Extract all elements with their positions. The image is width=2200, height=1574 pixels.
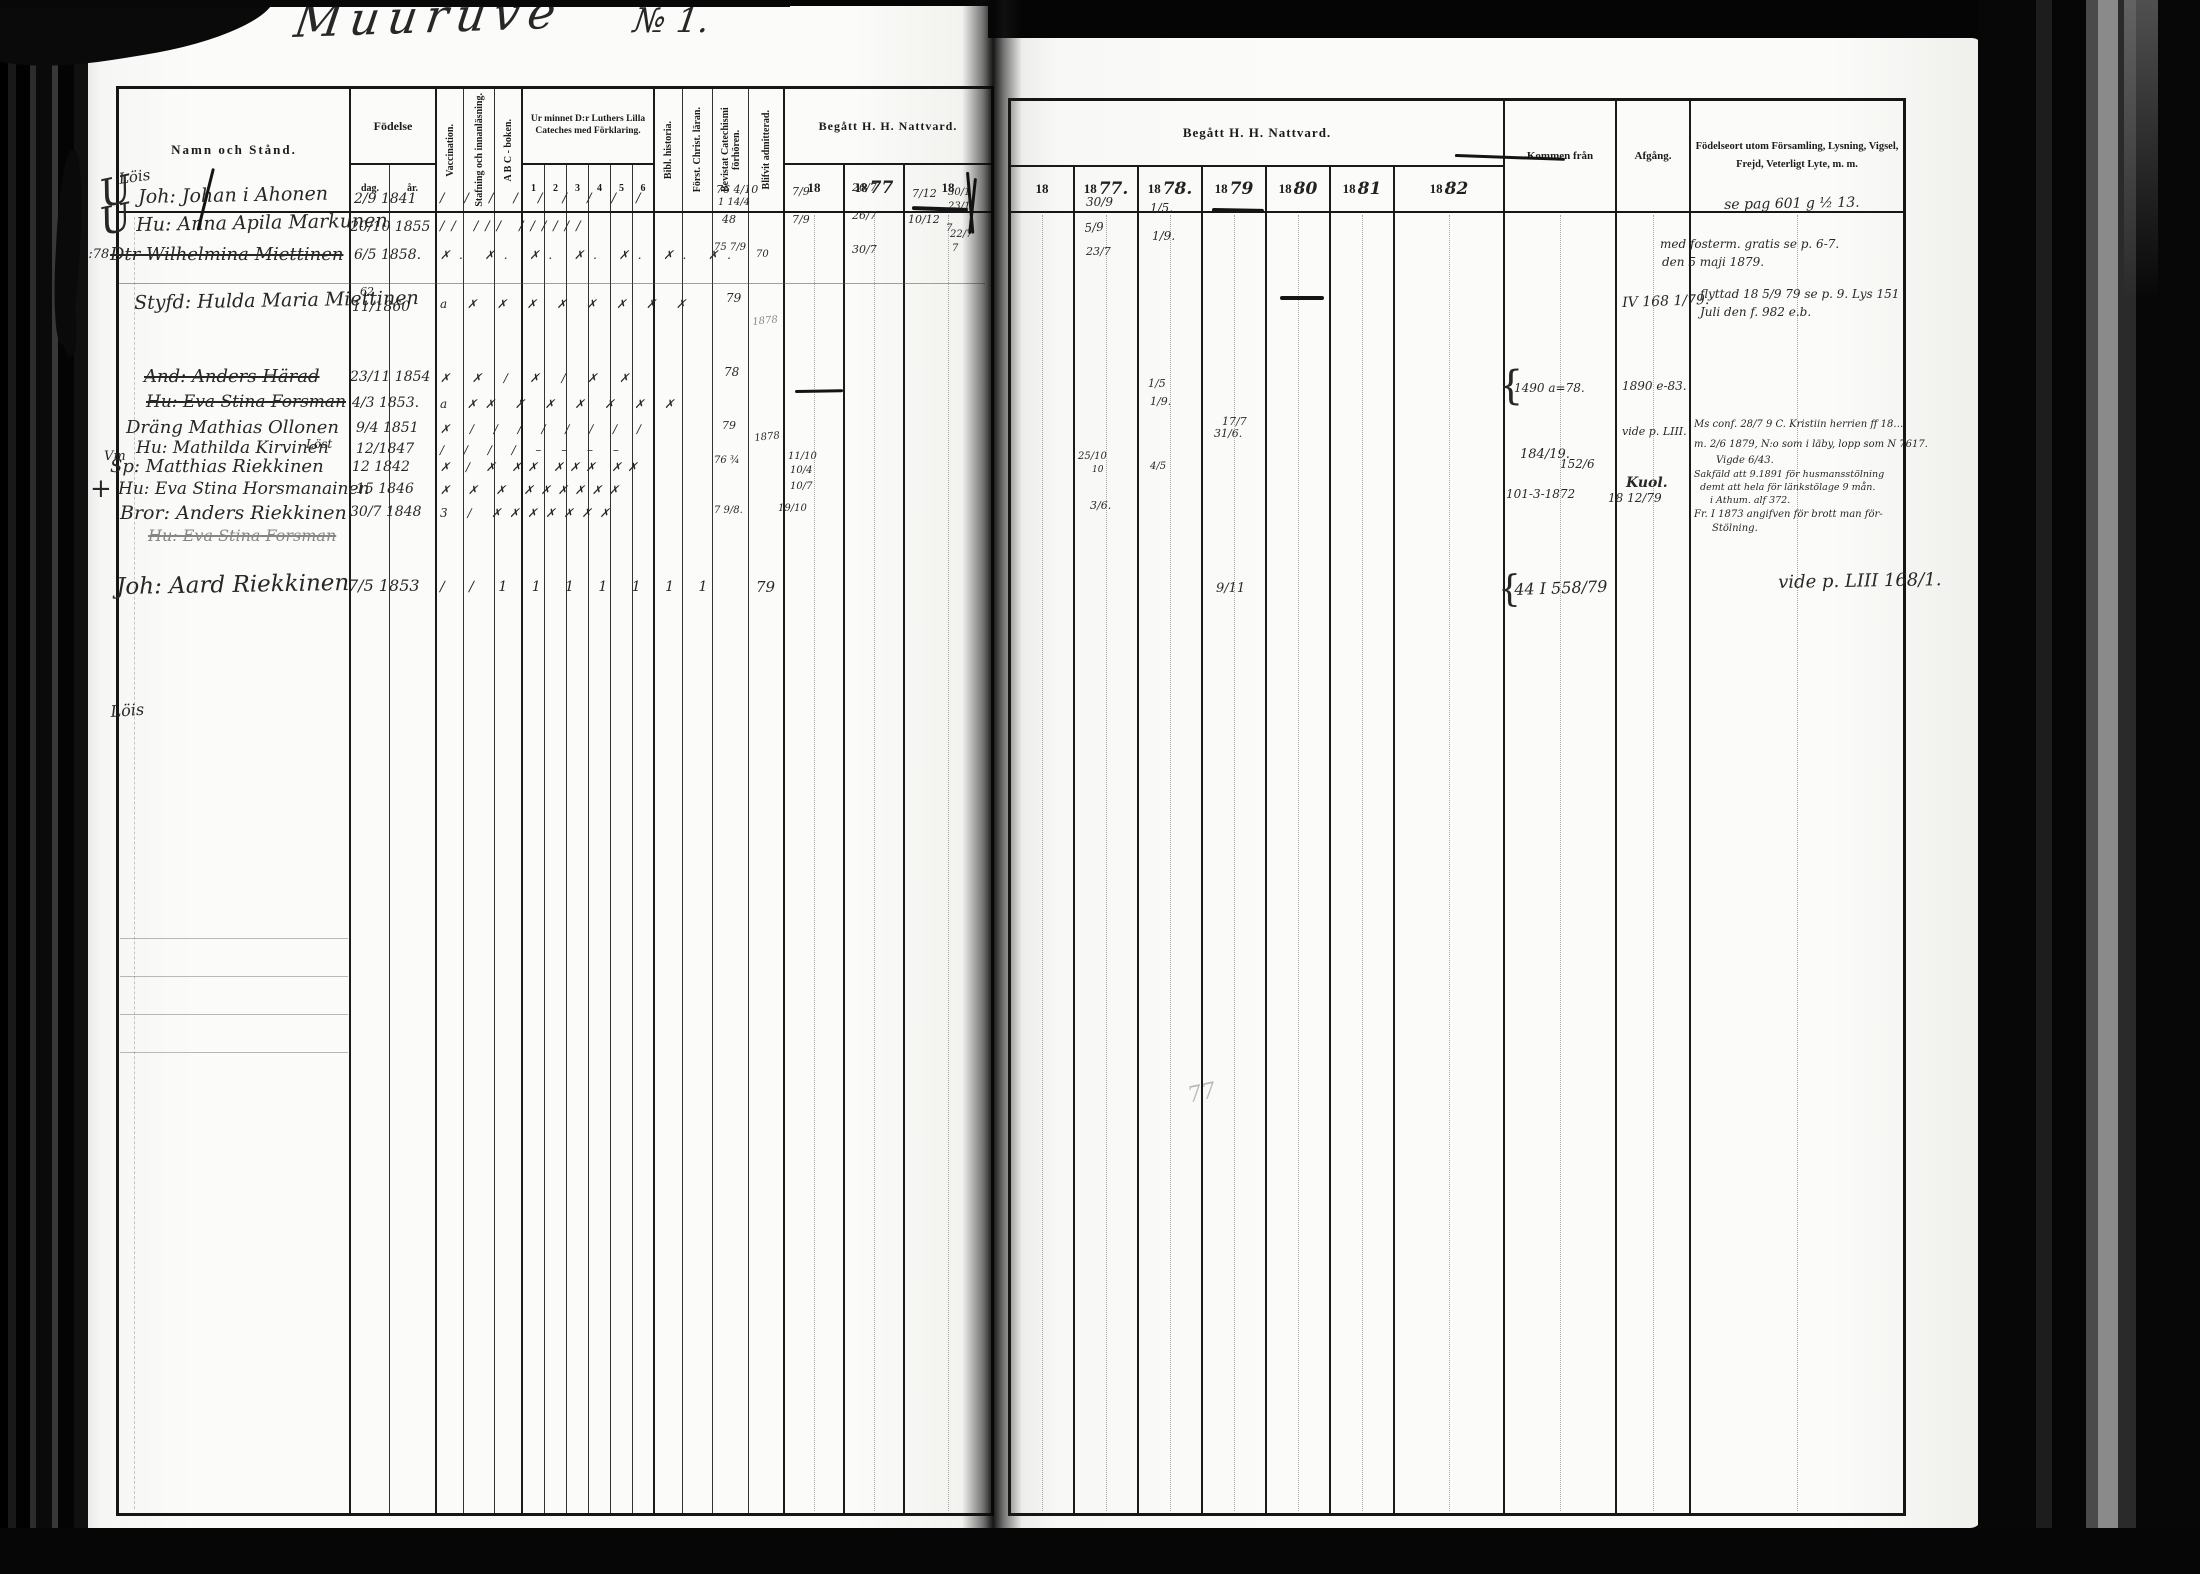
hw-marks-row7: ∕ ∕ ∕ ∕ – – – – <box>440 444 627 456</box>
scanned-register-spread: Namn och Stånd. Födelse dag. år. Vaccina… <box>0 0 2200 1574</box>
hw-remark: Juli den f. 982 e.b. <box>1700 306 1811 318</box>
hw-name-row0: Joh: Johan i Ahonen <box>138 185 328 207</box>
col-header-remark: Födelseort utom Församling, Lysning, Vig… <box>1691 101 1903 211</box>
blifvit-label: Blifvit admitterad. <box>761 110 772 189</box>
body-col-ry1 <box>1011 213 1075 1513</box>
hw-remark: se pag 601 g ½ 13. <box>1724 196 1860 212</box>
hw-name-row4-struck: And: Anders Härad <box>144 368 320 386</box>
body-col-year2 <box>845 213 905 1513</box>
hw-kommen-entry: 101-3-1872 <box>1506 488 1575 500</box>
hw-marks-row1: ∕∕ ∕∕∕ ∕∕∕∕∕∕ <box>440 220 587 233</box>
hw-marks-row10: 3 ∕ ✗✗✗✗✗✗✗ <box>440 507 618 519</box>
hw-marks-row0: ∕ ∕ ∕ ∕ ∕ ∕ ∕ ∕ ∕ <box>440 192 648 205</box>
hw-kommen-entry: 1490 a=78. <box>1514 382 1585 394</box>
hw-nattvard-date: 9/11 <box>1216 582 1245 595</box>
hw-afgang-entry: 18 12/79 <box>1608 492 1662 504</box>
hw-nattvard-date: 3/6. <box>1090 500 1111 511</box>
col-header-bibl: Bibl. historia. <box>655 89 683 211</box>
hw-name-row7: Hu: Mathilda Kirvinen <box>136 440 329 457</box>
body-col-blifvit <box>749 213 785 1513</box>
hw-remark: vide p. LIII 168/1. <box>1778 571 1942 592</box>
hw-exam-num: 79 <box>722 420 736 431</box>
year-hand-80: 80 <box>1294 179 1318 199</box>
body-col-ry4 <box>1203 213 1267 1513</box>
hw-birth-row6: 9/4 1851 <box>356 421 419 435</box>
hw-nattvard-date: 30/9 <box>1086 196 1113 208</box>
year-hand-79: 79 <box>1230 179 1254 199</box>
hw-marks-row9: ✗ ✗ ✗ ✗✗✗✗✗✗ <box>440 484 626 496</box>
hw-name-row12: Joh: Aard Riekkinen <box>116 572 349 599</box>
hw-exam-num: 76 4/10 <box>716 184 758 195</box>
hw-kommen-entry: 44 I 558/79 <box>1514 579 1608 598</box>
hw-remark: den 5 maji 1879. <box>1662 256 1764 268</box>
year-cell: 18 <box>1036 181 1049 197</box>
hw-birth-row3-extra: 62 <box>360 286 374 297</box>
hw-birth-row10: 30/7 1848 <box>350 505 422 519</box>
hw-afgang-entry: IV 168 1/79. <box>1622 293 1710 310</box>
hw-birth-row0: 2/9 1841 <box>354 192 417 206</box>
hw-nattvard-date: 25/10 <box>1078 452 1107 462</box>
hw-name-row8: Sp: Matthias Riekkinen <box>110 458 324 476</box>
rule-line <box>120 1014 348 1015</box>
hw-kommen-entry: 152/6 <box>1560 458 1595 470</box>
hw-afgang-entry: Kuol. <box>1626 476 1668 490</box>
hw-remark: Vigde 6/43. <box>1716 456 1774 466</box>
body-col-ry5 <box>1267 213 1331 1513</box>
hw-title-number: № 1. <box>631 4 711 38</box>
hw-nattvard-date: 1/9. <box>1150 396 1171 407</box>
hw-marks-row12: ∕ ∕ 1 1 1 1 1 1 1 <box>440 580 717 594</box>
hw-nattvard-date: 23/7 <box>1086 246 1111 257</box>
hw-nattvard-date: 30/7 <box>852 244 877 255</box>
year-cell: 18 <box>1430 181 1443 197</box>
body-col-ry2 <box>1075 213 1139 1513</box>
afgang-label: Afgång. <box>1635 150 1672 162</box>
hw-exam-num: 76 ¾ <box>714 456 740 466</box>
hw-nattvard-date: 10 <box>1092 466 1103 475</box>
vaccination-label: Vaccination. <box>445 124 456 177</box>
rule-line <box>120 938 348 939</box>
hw-exam-num: 1 14/4 <box>718 198 750 208</box>
hw-nattvard-date: 7/9 <box>792 186 810 197</box>
hw-birth-row9: 15 1846 <box>356 482 414 496</box>
right-table-body <box>1011 213 1903 1513</box>
pen-stroke <box>1280 296 1324 300</box>
abc-label: A B C - boken. <box>503 119 514 182</box>
year-hand-81: 81 <box>1358 179 1382 199</box>
hw-nattvard-date: 4/5 <box>1150 462 1166 472</box>
hw-remark: flyttad 18 5/9 79 se p. 9. Lys 151 <box>1700 288 1899 300</box>
body-col-ry6 <box>1331 213 1395 1513</box>
hw-birth-row12: 7/5 1853 <box>348 578 420 594</box>
hw-margin-cross: + <box>90 476 112 502</box>
hw-name-row9: Hu: Eva Stina Horsmanainen <box>118 481 370 498</box>
cateches-label: Ur minnet D:r Luthers Lilla Cateches med… <box>523 89 653 165</box>
top-scan-edge <box>0 0 790 7</box>
hw-marks-row2: ✗. ✗. ✗. ✗. ✗. ✗. ✗. <box>440 249 740 261</box>
hw-exam-num: 48 <box>722 214 736 225</box>
hw-remark: Sakfäld att 9.1891 för husmansstölning <box>1694 470 1884 480</box>
hw-nattvard-date: 1/9. <box>1152 230 1175 242</box>
hw-remark: m. 2/6 1879, N:o som i läby, lopp som N … <box>1694 440 1928 450</box>
hw-exam-num: 78 <box>724 366 739 378</box>
year-hand-78: 78. <box>1163 179 1193 199</box>
hw-name-row5-struck: Hu: Eva Stina Forsman <box>146 394 346 411</box>
hw-nattvard-date: 10/4 <box>790 466 812 476</box>
hw-nattvard-date: 7/9 <box>792 214 810 225</box>
body-col-year3 <box>905 213 991 1513</box>
hw-nattvard-date: 7/12 <box>912 188 937 199</box>
hw-exam-num: 75 7/9 <box>714 243 746 253</box>
hw-marks-row5: a ✗✗ ✗ ✗ ✗ ✗ ✗ ✗ <box>440 398 682 410</box>
hw-exam-num: 79 <box>726 292 741 304</box>
hw-nattvard-date: 1/5. <box>1150 202 1173 214</box>
hw-birth-row5: 4/3 1853. <box>352 396 419 410</box>
stafning-label: Stafning och innanläsning. <box>474 93 485 207</box>
hw-birth-row2: 6/5 1858. <box>354 248 421 262</box>
body-col-ry7 <box>1395 213 1505 1513</box>
nattvard-label-right: Begått H. H. Nattvard. <box>1011 101 1503 167</box>
rule-line <box>119 283 985 284</box>
namn-label: Namn och Stånd. <box>171 142 297 158</box>
hw-marks-row3: a ✗ ✗ ✗ ✗ ✗ ✗ ✗ ✗ <box>440 298 694 310</box>
hw-marks-row8: ✗ ∕ ✗ ✗✗ ✗✗✗ ✗✗ <box>440 461 644 473</box>
body-col-afgang <box>1617 213 1691 1513</box>
year-hand-82: 82 <box>1445 179 1469 199</box>
hw-afgang-entry: vide p. LIII. <box>1622 426 1687 437</box>
hw-nattvard-date: 31/6. <box>1214 428 1242 439</box>
hw-nattvard-date: 5/9 <box>1084 221 1104 234</box>
hw-name-row11-struck: Hu: Eva Stina Forsman <box>148 528 336 544</box>
hw-remark: Stölning. <box>1712 524 1758 534</box>
hw-remark: med fosterm. gratis se p. 6-7. <box>1660 238 1839 250</box>
hw-nattvard-date: 19/10 <box>778 504 807 514</box>
year-cell: 18 <box>1215 181 1228 197</box>
hw-stray-mark: 77 <box>1186 1080 1218 1107</box>
remark-label-line2: Frejd, Veterligt Lyte, m. m. <box>1736 156 1858 174</box>
hw-nattvard-date: 26/7 <box>852 182 877 193</box>
hw-birth-row1: 20/10 1855 <box>350 220 430 234</box>
rule-line <box>120 1052 348 1053</box>
right-scan-edge <box>1978 0 2200 1574</box>
rule-line <box>120 976 348 977</box>
hw-nattvard-date: 7 <box>952 244 958 254</box>
hw-name-row10: Bror: Anders Riekkinen <box>120 504 347 523</box>
hw-nattvard-date: 10/7 <box>790 482 812 492</box>
hw-birth-row4: 23/11 1854 <box>350 370 430 384</box>
body-col-remark <box>1691 213 1903 1513</box>
col-header-afgang: Afgång. <box>1617 101 1691 211</box>
hw-remark: i Athum. alf 372. <box>1710 496 1790 506</box>
hw-nattvard-date: 1/5 <box>1148 378 1166 389</box>
hw-nattvard-date: 10/12 <box>908 214 940 225</box>
hw-birth-row7: 12/1847 <box>356 442 414 456</box>
hw-birth-row3: 11/1860 <box>352 300 410 314</box>
hw-remark: demt att hela för länkstölage 9 mån. <box>1700 483 1875 493</box>
remark-label-line1: Födelseort utom Församling, Lysning, Vig… <box>1696 138 1899 156</box>
hw-nattvard-date: 11/10 <box>788 452 817 462</box>
hw-admit-year: 79 <box>756 580 775 595</box>
bibl-label: Bibl. historia. <box>663 121 674 179</box>
hw-birth-row8: 12 1842 <box>352 460 410 474</box>
body-col-year1 <box>785 213 845 1513</box>
nattvard-label-left: Begått H. H. Nattvard. <box>785 89 991 165</box>
body-col-bevistat <box>713 213 749 1513</box>
hw-name-row6: Dräng Mathias Ollonen <box>126 419 339 437</box>
fodelse-label: Födelse <box>351 89 435 165</box>
year-cell: 18 <box>1343 181 1356 197</box>
body-col-ry3 <box>1139 213 1203 1513</box>
hw-nattvard-date: 17/7 <box>1222 416 1247 427</box>
hw-margin-note: Löis <box>110 702 145 720</box>
hw-exam-num: 70 <box>756 250 769 260</box>
forst-label: Först. Christ. läran. <box>692 107 703 192</box>
hw-name-row2-struck: Dtr Wilhelmina Miettinen <box>110 246 343 264</box>
hw-marks-row4: ✗ ✗ ∕ ✗ ∕ ✗ ✗ <box>440 372 638 384</box>
hw-afgang-entry: 1890 e-83. <box>1622 380 1687 392</box>
body-col-forst <box>683 213 713 1513</box>
hw-remark: Ms conf. 28/7 9 C. Kristiin herrien ff 1… <box>1694 420 1903 430</box>
year-cell: 18 <box>1148 181 1161 197</box>
hw-marks-row6: ✗ ∕ ∕ ∕ ∕ ∕ ∕ ∕ ∕ <box>440 423 649 435</box>
hw-exam-num: 7 9/8. <box>714 506 743 516</box>
bottom-scan-edge <box>0 1528 2200 1574</box>
year-cell: 18 <box>1279 181 1292 197</box>
col-header-forst: Först. Christ. läran. <box>683 89 713 211</box>
hw-nattvard-date: 26/7 <box>852 210 877 221</box>
hw-remark: Fr. I 1873 angifven för brott man för- <box>1694 510 1883 520</box>
